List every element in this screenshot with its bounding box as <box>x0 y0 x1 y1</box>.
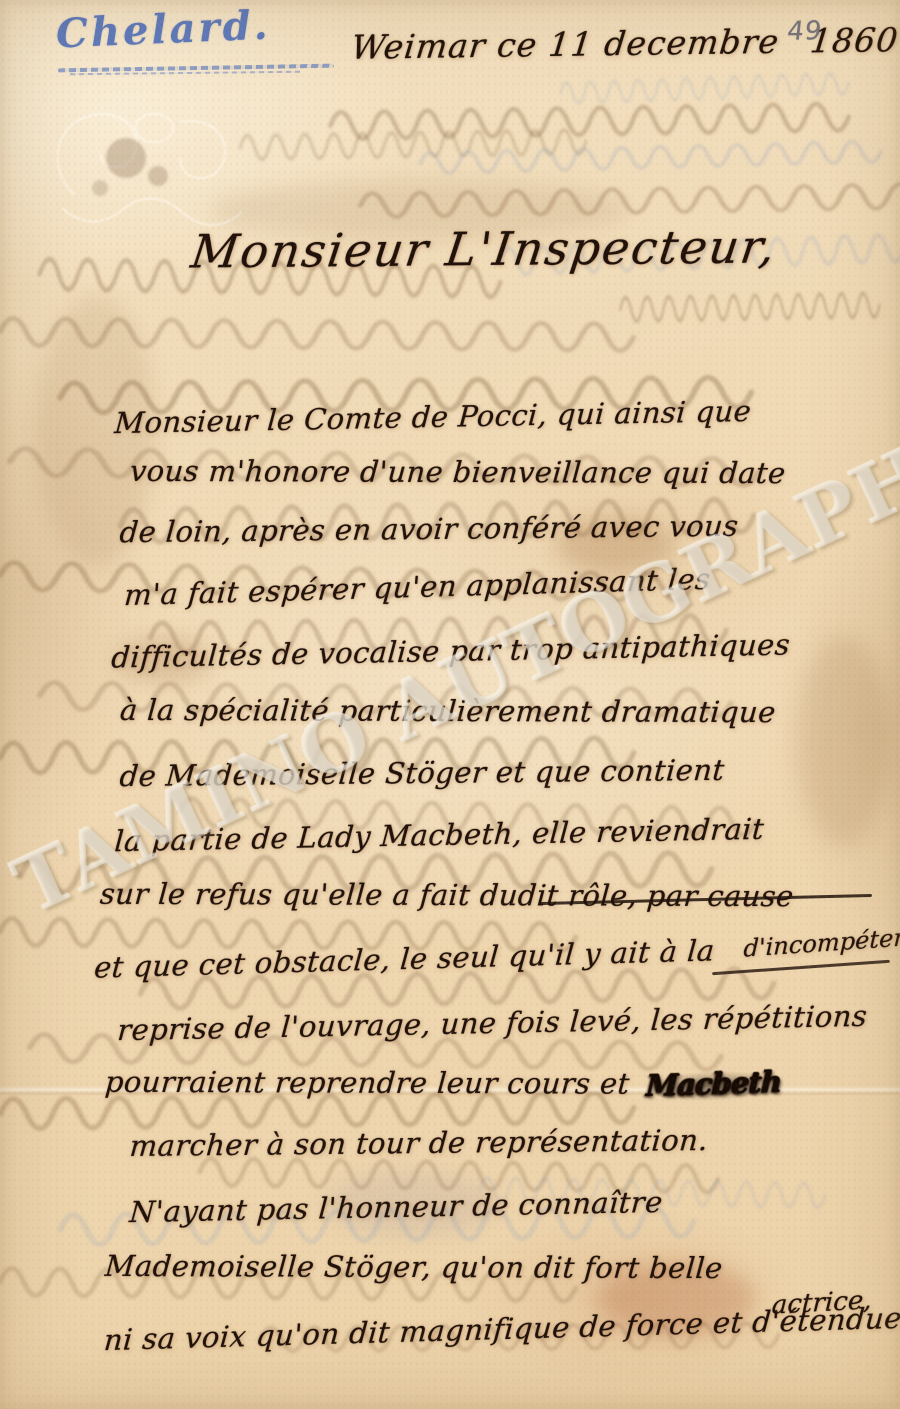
letter-scan: Chelard. Weimar ce 11 decembre491860 Mon… <box>0 0 900 1409</box>
dateline: Weimar ce 11 decembre491860 <box>349 20 900 67</box>
body-line: m'a fait espérer qu'en applanissant les <box>123 562 712 612</box>
body-line: Mademoiselle Stöger, qu'on dit fort bell… <box>104 1249 724 1285</box>
body-line: de loin, après en avoir conféré avec vou… <box>118 509 739 549</box>
collector-label: Chelard. <box>55 2 271 58</box>
body-line: sur le refus qu'elle a fait dudit rôle, … <box>99 877 795 913</box>
body-line: Monsieur le Comte de Pocci, qui ainsi qu… <box>113 394 752 440</box>
body-line: pourraient reprendre leur cours etMacbet… <box>104 1065 790 1101</box>
body-line: vous m'honore d'une bienveillance qui da… <box>129 454 787 490</box>
dateline-place-day: Weimar ce 11 decembre <box>349 22 781 67</box>
catalog-number-pencil: 49 <box>786 16 824 46</box>
body-line: à la spécialité particulièrement dramati… <box>119 693 777 729</box>
body-line: marcher à son tour de représentation. <box>128 1123 709 1163</box>
salutation: Monsieur L'Inspecteur, <box>188 219 780 278</box>
body-line-text: pourraient reprendre leur cours et <box>104 1065 631 1101</box>
body-line: et que cet obstacle, le seul qu'il y ait… <box>93 933 716 984</box>
body-line: N'ayant pas l'honneur de connaître <box>128 1185 663 1229</box>
insertion-actrice: actrice, <box>771 1285 872 1320</box>
body-line: difficultés de vocalise par trop antipat… <box>110 627 791 674</box>
body-line: la partie de Lady Macbeth, elle reviendr… <box>113 812 765 858</box>
ink-stroke <box>712 960 890 975</box>
body-line: de Mademoiselle Stöger et que contient <box>118 753 725 793</box>
insertion-incompetence: d'incompétence <box>743 921 900 962</box>
overwritten-word: Macbeth <box>637 1065 789 1104</box>
paper-stain <box>798 636 890 846</box>
body-line: reprise de l'ouvrage, une fois levé, les… <box>116 999 868 1047</box>
